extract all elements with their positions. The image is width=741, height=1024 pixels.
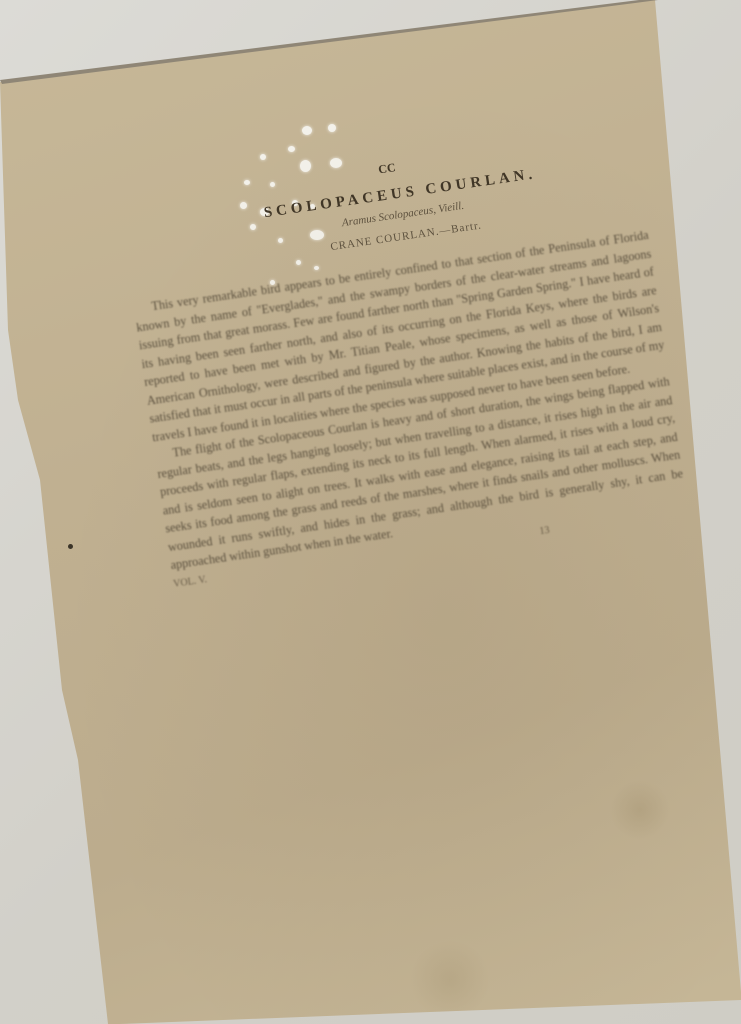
common-name: CRANE COURLAN.—Bartr. — [168, 196, 645, 276]
page-marker: 13 — [539, 524, 550, 536]
foxing-damage — [230, 120, 360, 290]
book-page: CC SCOLOPACEUS COURLAN. Aramus Scolopace… — [0, 0, 741, 1024]
scientific-name: Aramus Scolopaceus, Vieill. — [165, 174, 642, 254]
ink-speck — [68, 544, 73, 549]
signature-mark: VOL. V. — [173, 574, 208, 590]
page-title: SCOLOPACEUS COURLAN. — [161, 152, 639, 237]
body-text: This very remarkable bird appears to be … — [132, 226, 686, 575]
paragraph: This very remarkable bird appears to be … — [132, 226, 668, 447]
page-content: CC SCOLOPACEUS COURLAN. Aramus Scolopace… — [118, 126, 689, 590]
page-footer: VOL. V. 13 — [173, 524, 551, 589]
paragraph: The flight of the Scolopaceous Courlan i… — [154, 372, 687, 574]
plate-numeral: CC — [377, 160, 396, 177]
